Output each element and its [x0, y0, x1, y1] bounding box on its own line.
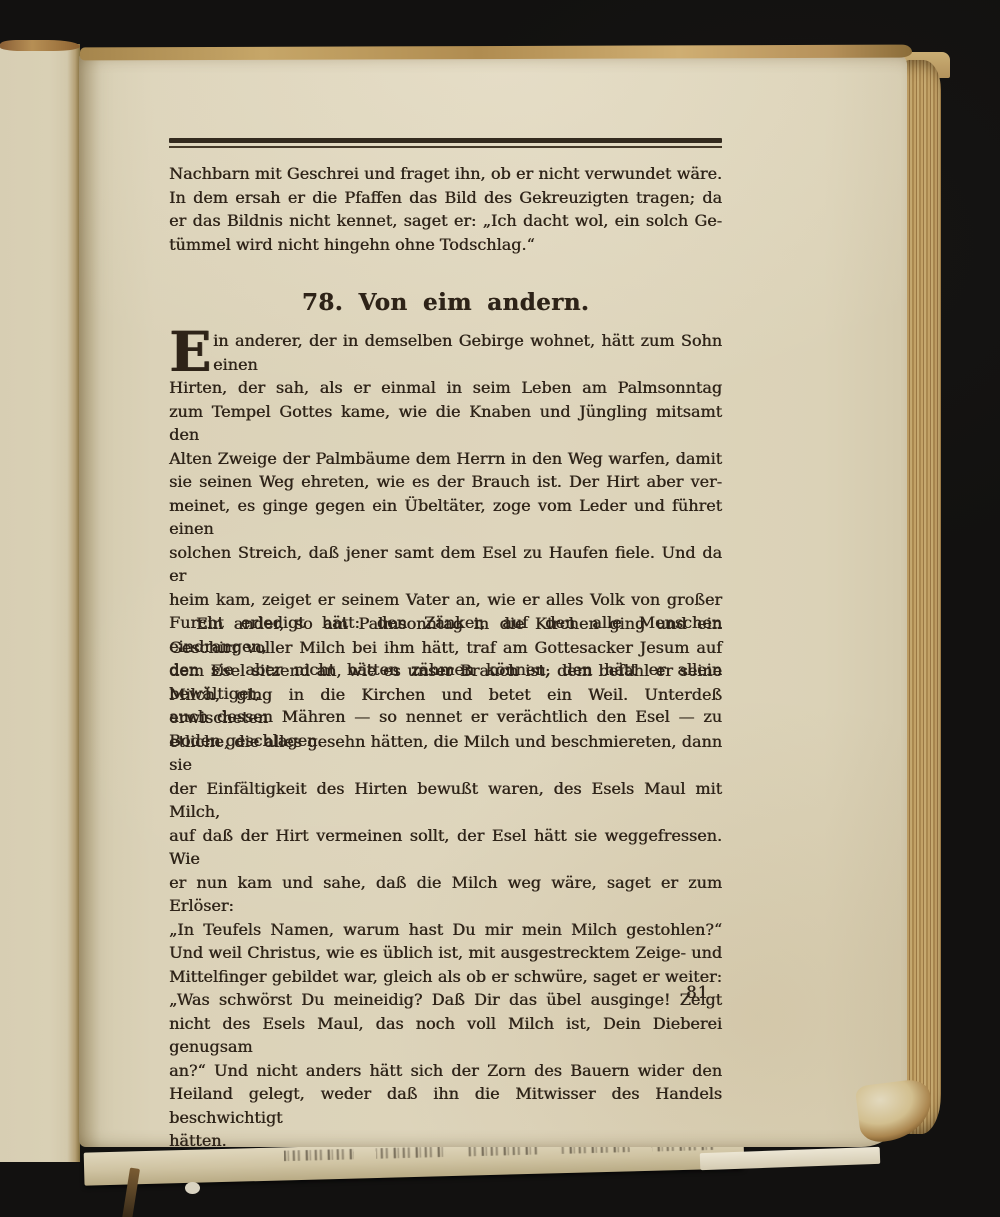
facing-page-edge	[0, 44, 80, 1162]
text-line: Alten Zweige der Palmbäume dem Herrn in …	[169, 447, 722, 471]
drop-cap: E	[169, 329, 213, 376]
text-line: hätten.	[169, 1129, 722, 1153]
text-line: In dem ersah er die Pfaffen das Bild des…	[169, 186, 722, 210]
text-line: „Was schwörst Du meineidig? Daß Dir das …	[169, 988, 722, 1012]
text-line: an?“ Und nicht anders hätt sich der Zorn…	[169, 1059, 722, 1083]
text-line: meinet, es ginge gegen ein Übeltäter, zo…	[169, 494, 722, 541]
text-line: tümmel wird nicht hingehn ohne Todschlag…	[169, 233, 722, 257]
text-line: etliche, die alles gesehn hätten, die Mi…	[169, 730, 722, 777]
text-line: Nachbarn mit Geschrei und fraget ihn, ob…	[169, 162, 722, 186]
text-line: sie seinen Weg ehreten, wie es der Brauc…	[169, 470, 722, 494]
page-number: 81	[686, 981, 709, 1005]
text-line: auf daß der Hirt vermeinen sollt, der Es…	[169, 824, 722, 871]
text-line: der Einfältigkeit des Hirten bewußt ware…	[169, 777, 722, 824]
text-line: in anderer, der in demselben Gebirge woh…	[169, 329, 722, 376]
text-line: „In Teufels Namen, warum hast Du mir mei…	[169, 918, 722, 942]
paragraph-2: Ein ander, so am Palmsonntag in die Kirc…	[169, 612, 722, 1153]
text-line: Heiland gelegt, weder daß ihn die Mitwis…	[169, 1082, 722, 1129]
photo-background: Nachbarn mit Geschrei und fraget ihn, ob…	[0, 0, 1000, 1217]
paragraph-continuation: Nachbarn mit Geschrei und fraget ihn, ob…	[169, 162, 722, 256]
text-line: Hirten, der sah, als er einmal in seim L…	[169, 376, 722, 400]
text-line: dem Esel sitzend an, wie es unser Brauch…	[169, 659, 722, 683]
text-line: Und weil Christus, wie es üblich ist, mi…	[169, 941, 722, 965]
text-line: Mittelfinger gebildet war, gleich als ob…	[169, 965, 722, 989]
curled-page-corner	[855, 1078, 936, 1145]
text-line: solchen Streich, daß jener samt dem Esel…	[169, 541, 722, 588]
header-rule-thin	[169, 146, 722, 148]
paper-speck	[185, 1182, 200, 1194]
text-line: Geschirr voller Milch bei ihm hätt, traf…	[169, 636, 722, 660]
facing-page-top-edge	[0, 40, 80, 51]
text-line: nicht des Esels Maul, das noch voll Milc…	[169, 1012, 722, 1059]
text-line: heim kam, zeiget er seinem Vater an, wie…	[169, 588, 722, 612]
text-line: er das Bildnis nicht kennet, saget er: „…	[169, 209, 722, 233]
text-block: Nachbarn mit Geschrei und fraget ihn, ob…	[169, 162, 722, 1042]
text-line: er nun kam und sahe, daß die Milch weg w…	[169, 871, 722, 918]
book-page: Nachbarn mit Geschrei und fraget ihn, ob…	[79, 55, 907, 1147]
header-rule-thick	[169, 138, 722, 143]
section-heading: 78. Von eim andern.	[169, 288, 722, 318]
fore-edge-pages	[903, 60, 941, 1134]
text-line: Milch, ging in die Kirchen und betet ein…	[169, 683, 722, 730]
text-line: Ein ander, so am Palmsonntag in die Kirc…	[169, 612, 722, 636]
text-line: zum Tempel Gottes kame, wie die Knaben u…	[169, 400, 722, 447]
